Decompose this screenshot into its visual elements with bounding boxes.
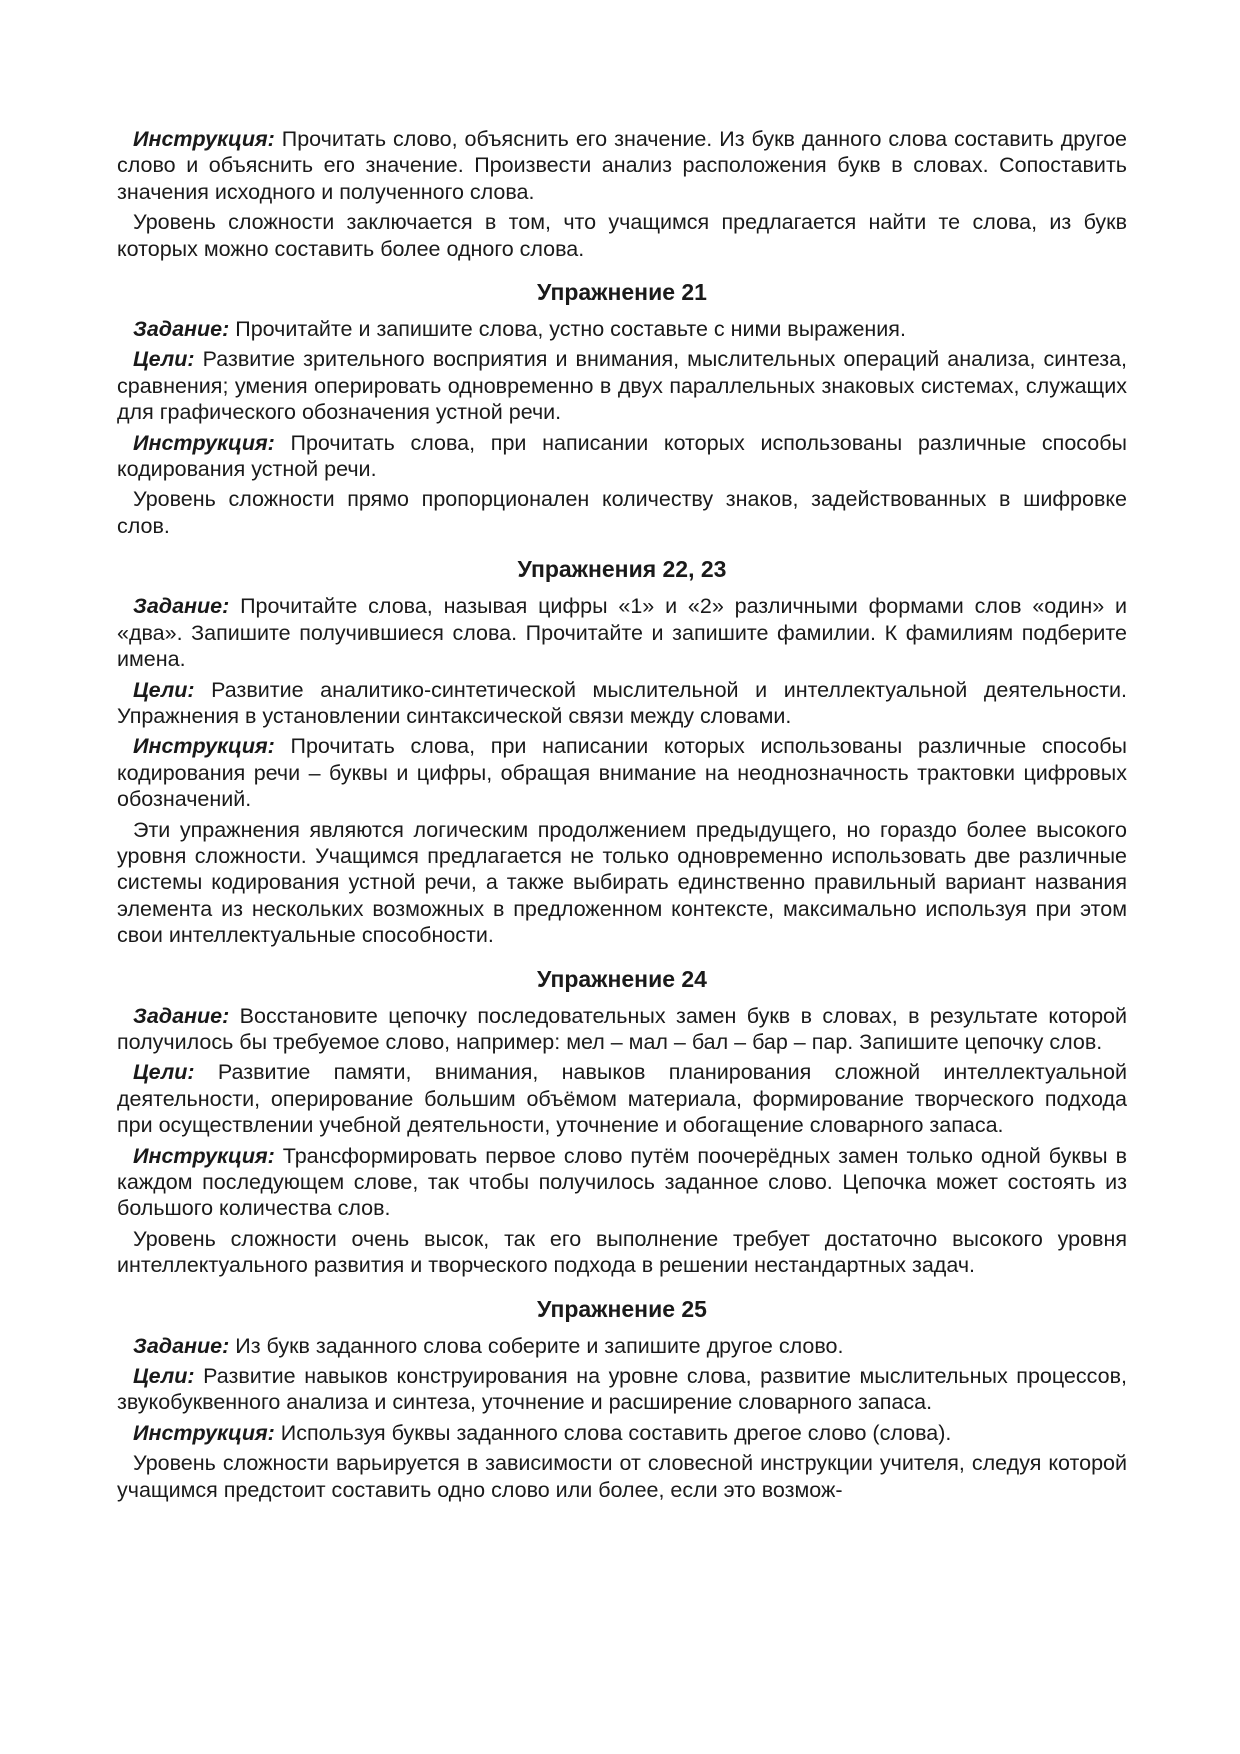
paragraph-text: Уровень сложности варьируется в зависимо… bbox=[117, 1451, 1127, 1501]
goals-label: Цели: bbox=[133, 1060, 195, 1084]
task-paragraph: Задание: Прочитайте и запишите слова, ус… bbox=[117, 316, 1127, 342]
task-paragraph: Задание: Восстановите цепочку последоват… bbox=[117, 1003, 1127, 1056]
difficulty-paragraph: Уровень сложности очень высок, так его в… bbox=[117, 1226, 1127, 1279]
instruction-paragraph: Инструкция: Трансформировать первое слов… bbox=[117, 1143, 1127, 1222]
instruction-label: Инструкция: bbox=[133, 431, 275, 455]
instruction-label: Инструкция: bbox=[133, 734, 275, 758]
paragraph-text: Эти упражнения являются логическим продо… bbox=[117, 818, 1127, 948]
paragraph-text: Уровень сложности очень высок, так его в… bbox=[117, 1227, 1127, 1277]
intro-instruction-paragraph: Инструкция: Прочитать слово, объяснить е… bbox=[117, 126, 1127, 205]
paragraph-text: Развитие навыков конструирования на уров… bbox=[117, 1364, 1127, 1414]
instruction-label: Инструкция: bbox=[133, 127, 275, 151]
paragraph-text: Развитие аналитико-синтетической мыслите… bbox=[117, 678, 1127, 728]
goals-paragraph: Цели: Развитие навыков конструирования н… bbox=[117, 1363, 1127, 1416]
instruction-paragraph: Инструкция: Используя буквы заданного сл… bbox=[117, 1420, 1127, 1446]
difficulty-paragraph: Уровень сложности прямо пропорционален к… bbox=[117, 486, 1127, 539]
goals-label: Цели: bbox=[133, 1364, 195, 1388]
goals-paragraph: Цели: Развитие аналитико-синтетической м… bbox=[117, 677, 1127, 730]
paragraph-text: Развитие памяти, внимания, навыков плани… bbox=[117, 1060, 1127, 1137]
section-heading: Упражнение 21 bbox=[117, 278, 1127, 306]
goals-label: Цели: bbox=[133, 347, 195, 371]
task-paragraph: Задание: Прочитайте слова, называя цифры… bbox=[117, 593, 1127, 672]
paragraph-text: Прочитайте и запишите слова, устно соста… bbox=[229, 317, 906, 341]
task-label: Задание: bbox=[133, 1004, 229, 1028]
section-exercises-22-23: Упражнения 22, 23 Задание: Прочитайте сл… bbox=[117, 555, 1127, 948]
section-exercise-24: Упражнение 24 Задание: Восстановите цепо… bbox=[117, 965, 1127, 1279]
paragraph-text: Развитие зрительного восприятия и вниман… bbox=[117, 347, 1127, 424]
scan-dust-artifact bbox=[872, 1070, 874, 1072]
section-exercise-21: Упражнение 21 Задание: Прочитайте и запи… bbox=[117, 278, 1127, 539]
paragraph-text: Прочитайте слова, называя цифры «1» и «2… bbox=[117, 594, 1127, 671]
difficulty-paragraph: Уровень сложности варьируется в зависимо… bbox=[117, 1450, 1127, 1503]
task-paragraph: Задание: Из букв заданного слова соберит… bbox=[117, 1333, 1127, 1359]
paragraph-text: Уровень сложности прямо пропорционален к… bbox=[117, 487, 1127, 537]
section-exercise-25: Упражнение 25 Задание: Из букв заданного… bbox=[117, 1295, 1127, 1503]
task-label: Задание: bbox=[133, 1334, 229, 1358]
intro-block: Инструкция: Прочитать слово, объяснить е… bbox=[117, 126, 1127, 262]
section-heading: Упражнения 22, 23 bbox=[117, 555, 1127, 583]
paragraph-text: Из букв заданного слова соберите и запиш… bbox=[229, 1334, 843, 1358]
instruction-paragraph: Инструкция: Прочитать слова, при написан… bbox=[117, 430, 1127, 483]
difficulty-paragraph: Эти упражнения являются логическим продо… bbox=[117, 817, 1127, 949]
instruction-label: Инструкция: bbox=[133, 1144, 275, 1168]
section-heading: Упражнение 24 bbox=[117, 965, 1127, 993]
goals-label: Цели: bbox=[133, 678, 195, 702]
task-label: Задание: bbox=[133, 594, 229, 618]
instruction-label: Инструкция: bbox=[133, 1421, 275, 1445]
intro-difficulty-paragraph: Уровень сложности заключается в том, что… bbox=[117, 209, 1127, 262]
goals-paragraph: Цели: Развитие зрительного восприятия и … bbox=[117, 346, 1127, 425]
instruction-paragraph: Инструкция: Прочитать слова, при написан… bbox=[117, 733, 1127, 812]
task-label: Задание: bbox=[133, 317, 229, 341]
paragraph-text: Восстановите цепочку последовательных за… bbox=[117, 1004, 1127, 1054]
paragraph-text: Используя буквы заданного слова составит… bbox=[275, 1421, 952, 1445]
paragraph-text: Уровень сложности заключается в том, что… bbox=[117, 210, 1127, 260]
document-page: Инструкция: Прочитать слово, объяснить е… bbox=[117, 126, 1127, 1507]
goals-paragraph: Цели: Развитие памяти, внимания, навыков… bbox=[117, 1059, 1127, 1138]
section-heading: Упражнение 25 bbox=[117, 1295, 1127, 1323]
